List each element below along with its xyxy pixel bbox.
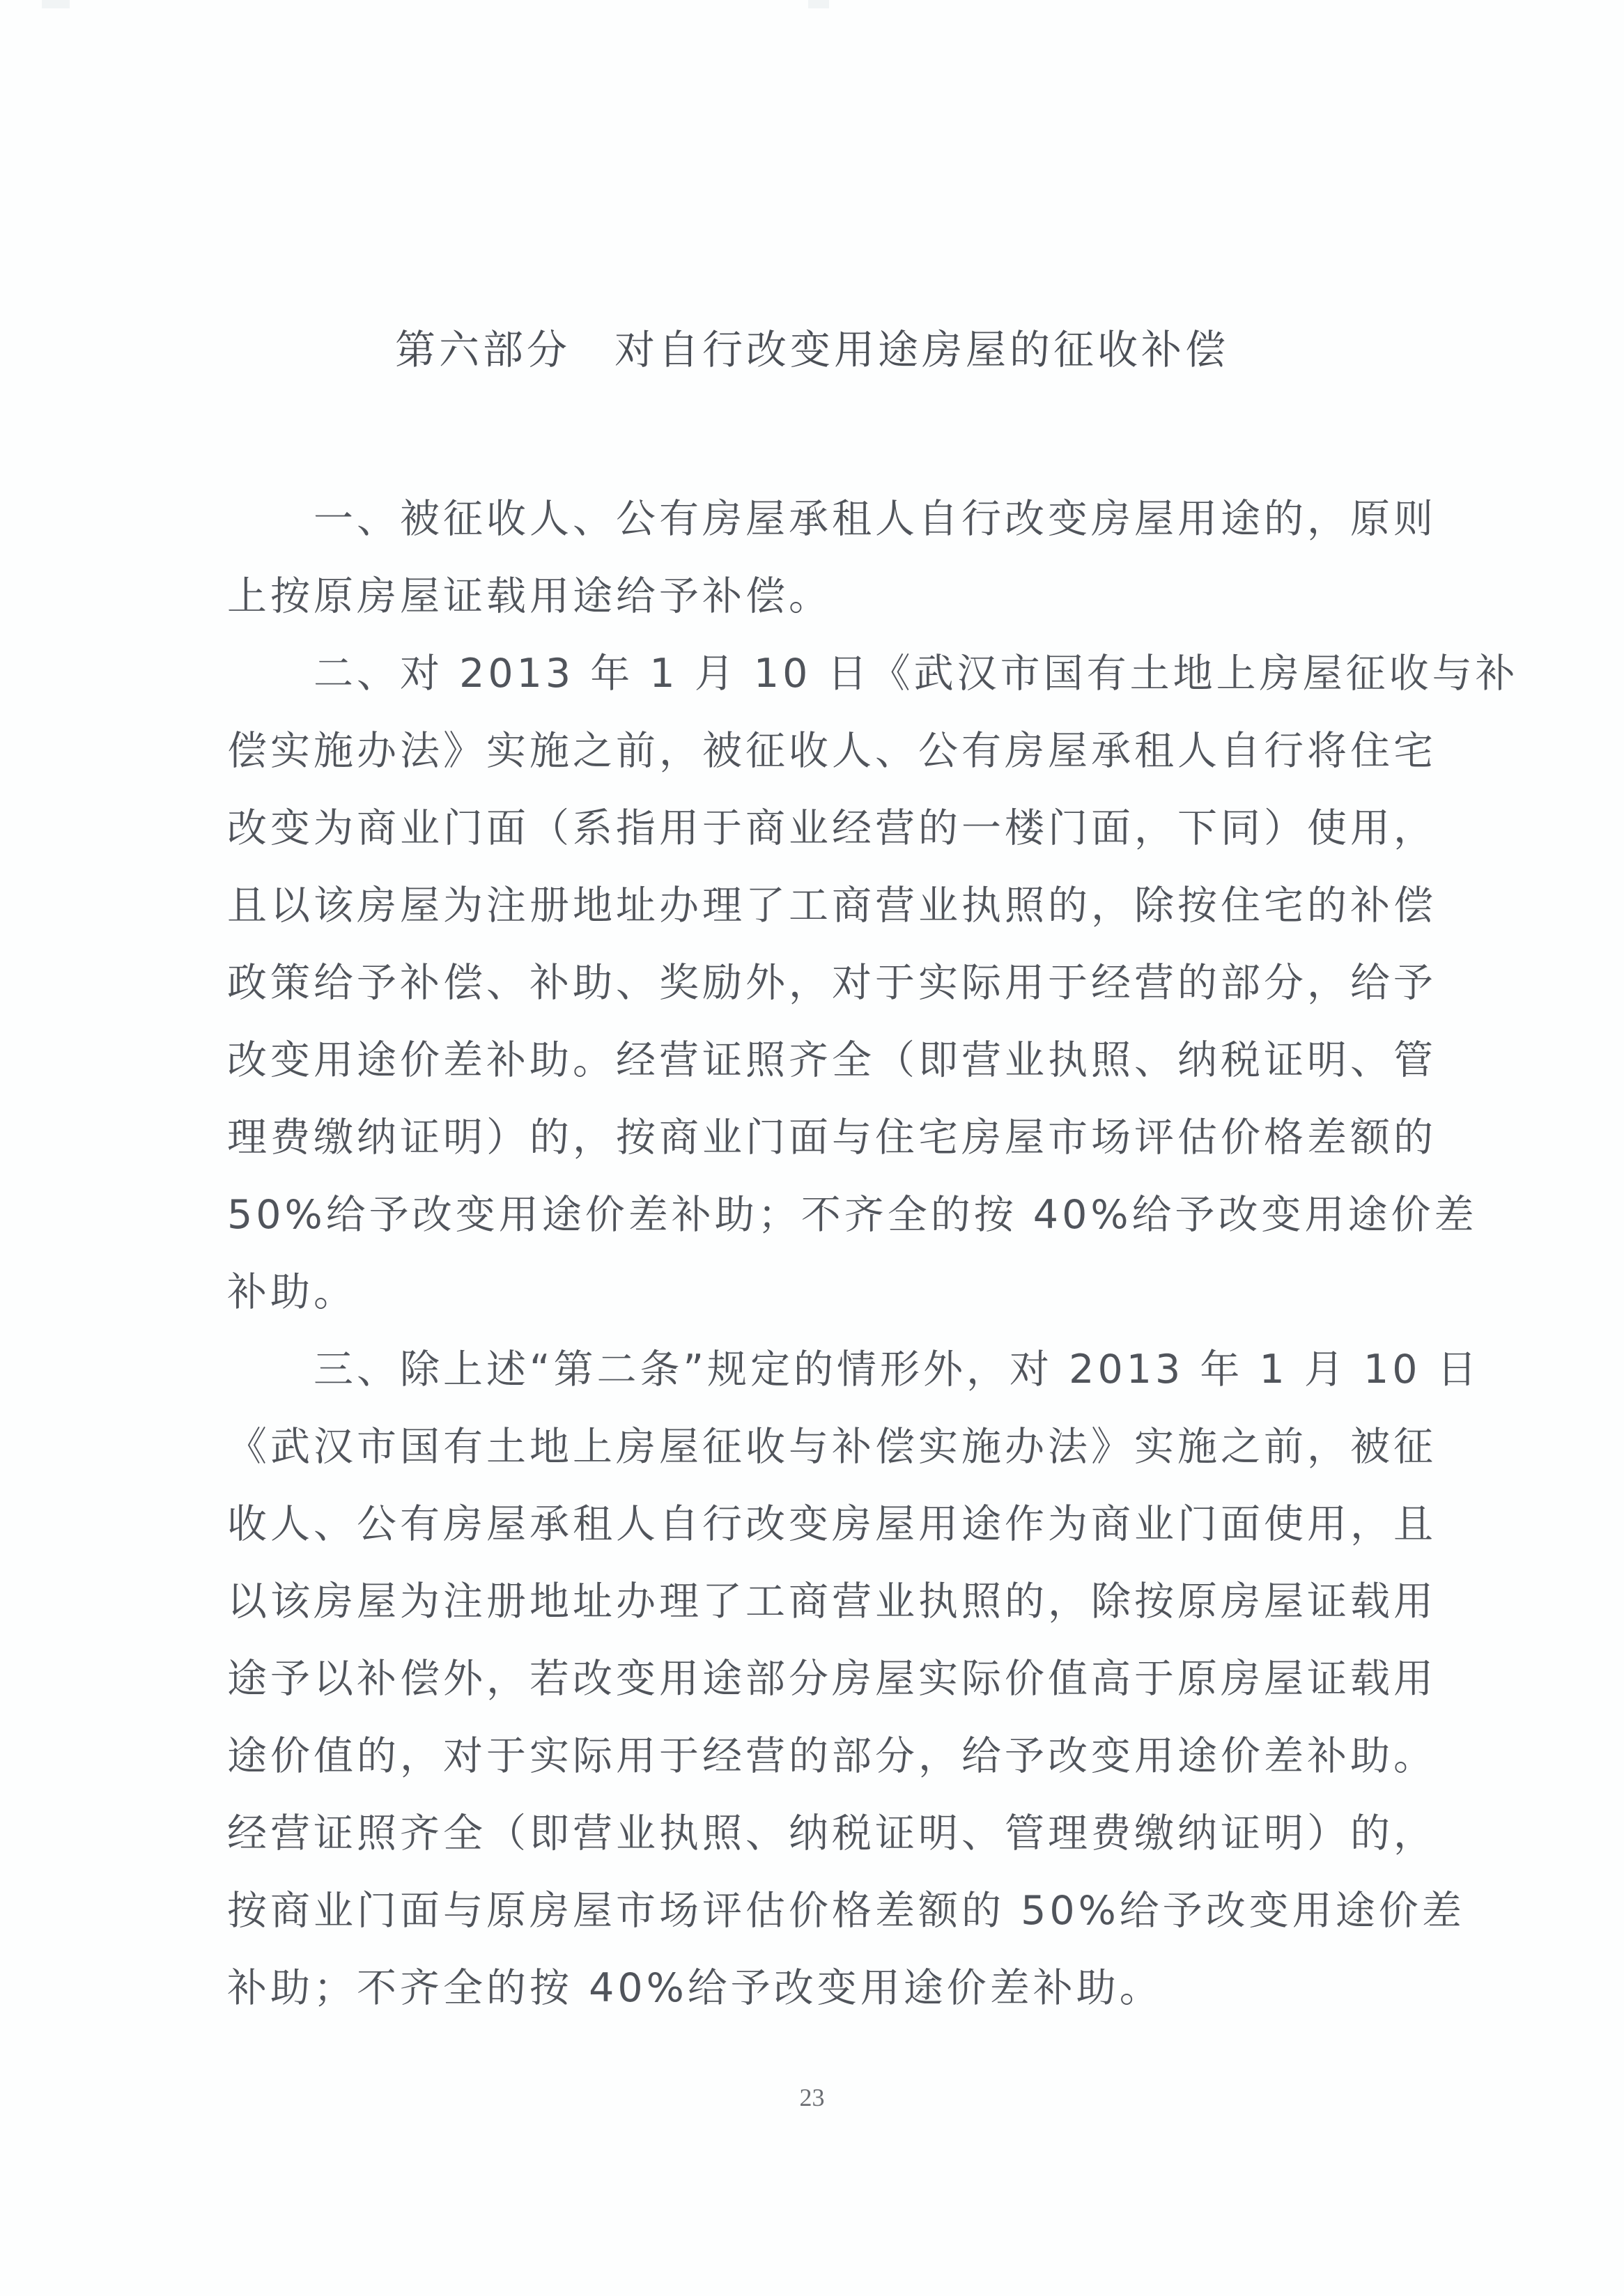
document-page: 第六部分 对自行改变用途房屋的征收补偿 一、被征收人、公有房屋承租人自行改变房屋… bbox=[0, 0, 1624, 2296]
scan-artifact bbox=[42, 0, 70, 8]
scan-artifact bbox=[808, 0, 829, 8]
text-line: 改变用途价差补助。经营证照齐全（即营业执照、纳税证明、管 bbox=[227, 1022, 1439, 1099]
text-line: 偿实施办法》实施之前，被征收人、公有房屋承租人自行将住宅 bbox=[227, 713, 1439, 790]
text-line: 收人、公有房屋承租人自行改变房屋用途作为商业门面使用，且 bbox=[227, 1486, 1439, 1563]
text-line: 三、除上述“第二条”规定的情形外，对 2013 年 1 月 10 日 bbox=[227, 1331, 1439, 1409]
text-line: 以该房屋为注册地址办理了工商营业执照的，除按原房屋证载用 bbox=[227, 1563, 1439, 1640]
page-number: 23 bbox=[0, 2083, 1624, 2112]
text-line: 途予以补偿外，若改变用途部分房屋实际价值高于原房屋证载用 bbox=[227, 1640, 1439, 1718]
text-line: 政策给予补偿、补助、奖励外，对于实际用于经营的部分，给予 bbox=[227, 945, 1439, 1022]
text-line: 按商业门面与原房屋市场评估价格差额的 50%给予改变用途价差 bbox=[227, 1872, 1439, 1950]
text-line: 改变为商业门面（系指用于商业经营的一楼门面，下同）使用， bbox=[227, 790, 1439, 867]
text-line: 经营证照齐全（即营业执照、纳税证明、管理费缴纳证明）的， bbox=[227, 1795, 1439, 1872]
text-line: 且以该房屋为注册地址办理了工商营业执照的，除按住宅的补偿 bbox=[227, 867, 1439, 945]
text-line: 《武汉市国有土地上房屋征收与补偿实施办法》实施之前，被征 bbox=[227, 1409, 1439, 1486]
text-line: 理费缴纳证明）的，按商业门面与住宅房屋市场评估价格差额的 bbox=[227, 1099, 1439, 1177]
text-line: 补助。 bbox=[227, 1254, 1439, 1331]
body-text: 一、被征收人、公有房屋承租人自行改变房屋用途的，原则 上按原房屋证载用途给予补偿… bbox=[227, 481, 1439, 2027]
text-line: 二、对 2013 年 1 月 10 日《武汉市国有土地上房屋征收与补 bbox=[227, 635, 1439, 713]
text-line: 50%给予改变用途价差补助；不齐全的按 40%给予改变用途价差 bbox=[227, 1177, 1439, 1254]
text-line: 一、被征收人、公有房屋承租人自行改变房屋用途的，原则 bbox=[227, 481, 1439, 558]
text-line: 上按原房屋证载用途给予补偿。 bbox=[227, 558, 1439, 635]
section-title: 第六部分 对自行改变用途房屋的征收补偿 bbox=[0, 322, 1624, 378]
text-line: 补助；不齐全的按 40%给予改变用途价差补助。 bbox=[227, 1950, 1439, 2027]
text-line: 途价值的，对于实际用于经营的部分，给予改变用途价差补助。 bbox=[227, 1718, 1439, 1795]
